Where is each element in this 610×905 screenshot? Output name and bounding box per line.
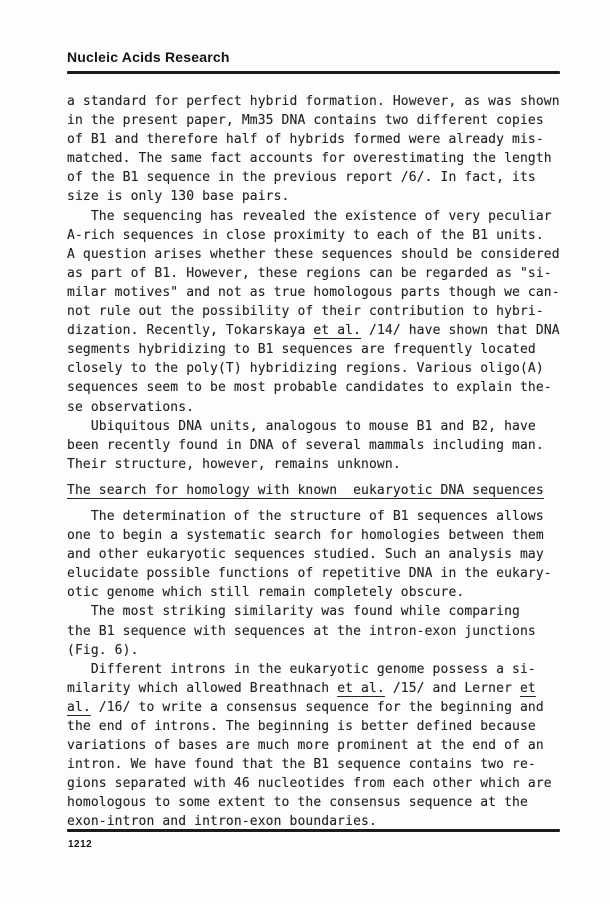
body-text: otic genome which still remain completel… xyxy=(67,585,464,600)
underlined-text: et xyxy=(520,681,536,696)
text-line: intron. We have found that the B1 sequen… xyxy=(67,755,567,774)
text-line: al. /16/ to write a consensus sequence f… xyxy=(67,698,567,717)
text-line: milar motives" and not as true homologou… xyxy=(67,283,567,302)
body-text: The sequencing has revealed the existenc… xyxy=(67,209,552,224)
body-text: The most striking similarity was found w… xyxy=(67,604,520,619)
underlined-text: et al. xyxy=(337,681,385,696)
body-text: size is only 130 base pairs. xyxy=(67,189,290,204)
body-text: The determination of the structure of B1… xyxy=(67,509,544,524)
text-line: A-rich sequences in close proximity to e… xyxy=(67,226,567,245)
text-line: Different introns in the eukaryotic geno… xyxy=(67,660,567,679)
text-line: otic genome which still remain completel… xyxy=(67,583,567,602)
text-line: size is only 130 base pairs. xyxy=(67,187,567,206)
body-text: /15/ and Lerner xyxy=(385,681,520,696)
text-line: The most striking similarity was found w… xyxy=(67,602,567,621)
body-text: of B1 and therefore half of hybrids form… xyxy=(67,132,544,147)
text-line: the B1 sequence with sequences at the in… xyxy=(67,622,567,641)
text-line: a standard for perfect hybrid formation.… xyxy=(67,92,567,111)
header-rule xyxy=(67,71,560,74)
body-text: the B1 sequence with sequences at the in… xyxy=(67,624,536,639)
body-text: gions separated with 46 nucleotides from… xyxy=(67,776,552,791)
text-line: closely to the poly(T) hybridizing regio… xyxy=(67,359,567,378)
page-number: 1212 xyxy=(68,839,92,850)
underlined-text: et al. xyxy=(313,323,361,338)
text-line: The sequencing has revealed the existenc… xyxy=(67,207,567,226)
text-line: of the B1 sequence in the previous repor… xyxy=(67,168,567,187)
body-text: Their structure, however, remains unknow… xyxy=(67,457,401,472)
text-line: matched. The same fact accounts for over… xyxy=(67,149,567,168)
body-text: dization. Recently, Tokarskaya xyxy=(67,323,313,338)
text-line: (Fig. 6). xyxy=(67,641,567,660)
text-line: as part of B1. However, these regions ca… xyxy=(67,264,567,283)
text-line: and other eukaryotic sequences studied. … xyxy=(67,545,567,564)
text-line: dization. Recently, Tokarskaya et al. /1… xyxy=(67,321,567,340)
body-text: A-rich sequences in close proximity to e… xyxy=(67,228,544,243)
body-text: segments hybridizing to B1 sequences are… xyxy=(67,342,536,357)
body-text: A question arises whether these sequence… xyxy=(67,247,560,262)
body-text: (Fig. 6). xyxy=(67,643,139,658)
journal-title: Nucleic Acids Research xyxy=(67,49,230,65)
section-heading: The search for homology with known eukar… xyxy=(67,481,567,500)
text-line: A question arises whether these sequence… xyxy=(67,245,567,264)
body-text: intron. We have found that the B1 sequen… xyxy=(67,757,536,772)
body-text: exon-intron and intron-exon boundaries. xyxy=(67,814,377,829)
text-line: sequences seem to be most probable candi… xyxy=(67,378,567,397)
text-line: one to begin a systematic search for hom… xyxy=(67,526,567,545)
text-line: been recently found in DNA of several ma… xyxy=(67,436,567,455)
body-text: elucidate possible functions of repetiti… xyxy=(67,566,552,581)
body-text: and other eukaryotic sequences studied. … xyxy=(67,547,544,562)
text-line: not rule out the possibility of their co… xyxy=(67,302,567,321)
text-line: homologous to some extent to the consens… xyxy=(67,793,567,812)
body-text: /14/ have shown that DNA xyxy=(361,323,560,338)
body-text: one to begin a systematic search for hom… xyxy=(67,528,544,543)
body-text: the end of introns. The beginning is bet… xyxy=(67,719,536,734)
text-line: The determination of the structure of B1… xyxy=(67,507,567,526)
body-text: sequences seem to be most probable candi… xyxy=(67,380,552,395)
text-line: milarity which allowed Breathnach et al.… xyxy=(67,679,567,698)
body-text: as part of B1. However, these regions ca… xyxy=(67,266,552,281)
text-line: the end of introns. The beginning is bet… xyxy=(67,717,567,736)
body-text: Different introns in the eukaryotic geno… xyxy=(67,662,536,677)
text-line: in the present paper, Mm35 DNA contains … xyxy=(67,111,567,130)
body-text: a standard for perfect hybrid formation.… xyxy=(67,94,560,109)
document-body: a standard for perfect hybrid formation.… xyxy=(67,92,567,832)
text-line: gions separated with 46 nucleotides from… xyxy=(67,774,567,793)
body-text: milarity which allowed Breathnach xyxy=(67,681,337,696)
underlined-text: al. xyxy=(67,700,91,715)
body-text: been recently found in DNA of several ma… xyxy=(67,438,544,453)
body-text: of the B1 sequence in the previous repor… xyxy=(67,170,536,185)
scanned-paper-page: Nucleic Acids Research a standard for pe… xyxy=(0,0,610,905)
body-text: homologous to some extent to the consens… xyxy=(67,795,528,810)
body-text: in the present paper, Mm35 DNA contains … xyxy=(67,113,544,128)
text-line: Their structure, however, remains unknow… xyxy=(67,455,567,474)
body-text: closely to the poly(T) hybridizing regio… xyxy=(67,361,544,376)
body-text: se observations. xyxy=(67,400,194,415)
body-text: Ubiquitous DNA units, analogous to mouse… xyxy=(67,419,536,434)
underlined-text: The search for homology with known eukar… xyxy=(67,483,544,498)
text-line: segments hybridizing to B1 sequences are… xyxy=(67,340,567,359)
text-line: Ubiquitous DNA units, analogous to mouse… xyxy=(67,417,567,436)
text-line: of B1 and therefore half of hybrids form… xyxy=(67,130,567,149)
body-text: /16/ to write a consensus sequence for t… xyxy=(91,700,544,715)
text-line: se observations. xyxy=(67,398,567,417)
body-text: matched. The same fact accounts for over… xyxy=(67,151,552,166)
text-line: elucidate possible functions of repetiti… xyxy=(67,564,567,583)
body-text: not rule out the possibility of their co… xyxy=(67,304,544,319)
body-text: variations of bases are much more promin… xyxy=(67,738,544,753)
footer-rule xyxy=(67,829,560,832)
body-text: milar motives" and not as true homologou… xyxy=(67,285,560,300)
text-line: variations of bases are much more promin… xyxy=(67,736,567,755)
